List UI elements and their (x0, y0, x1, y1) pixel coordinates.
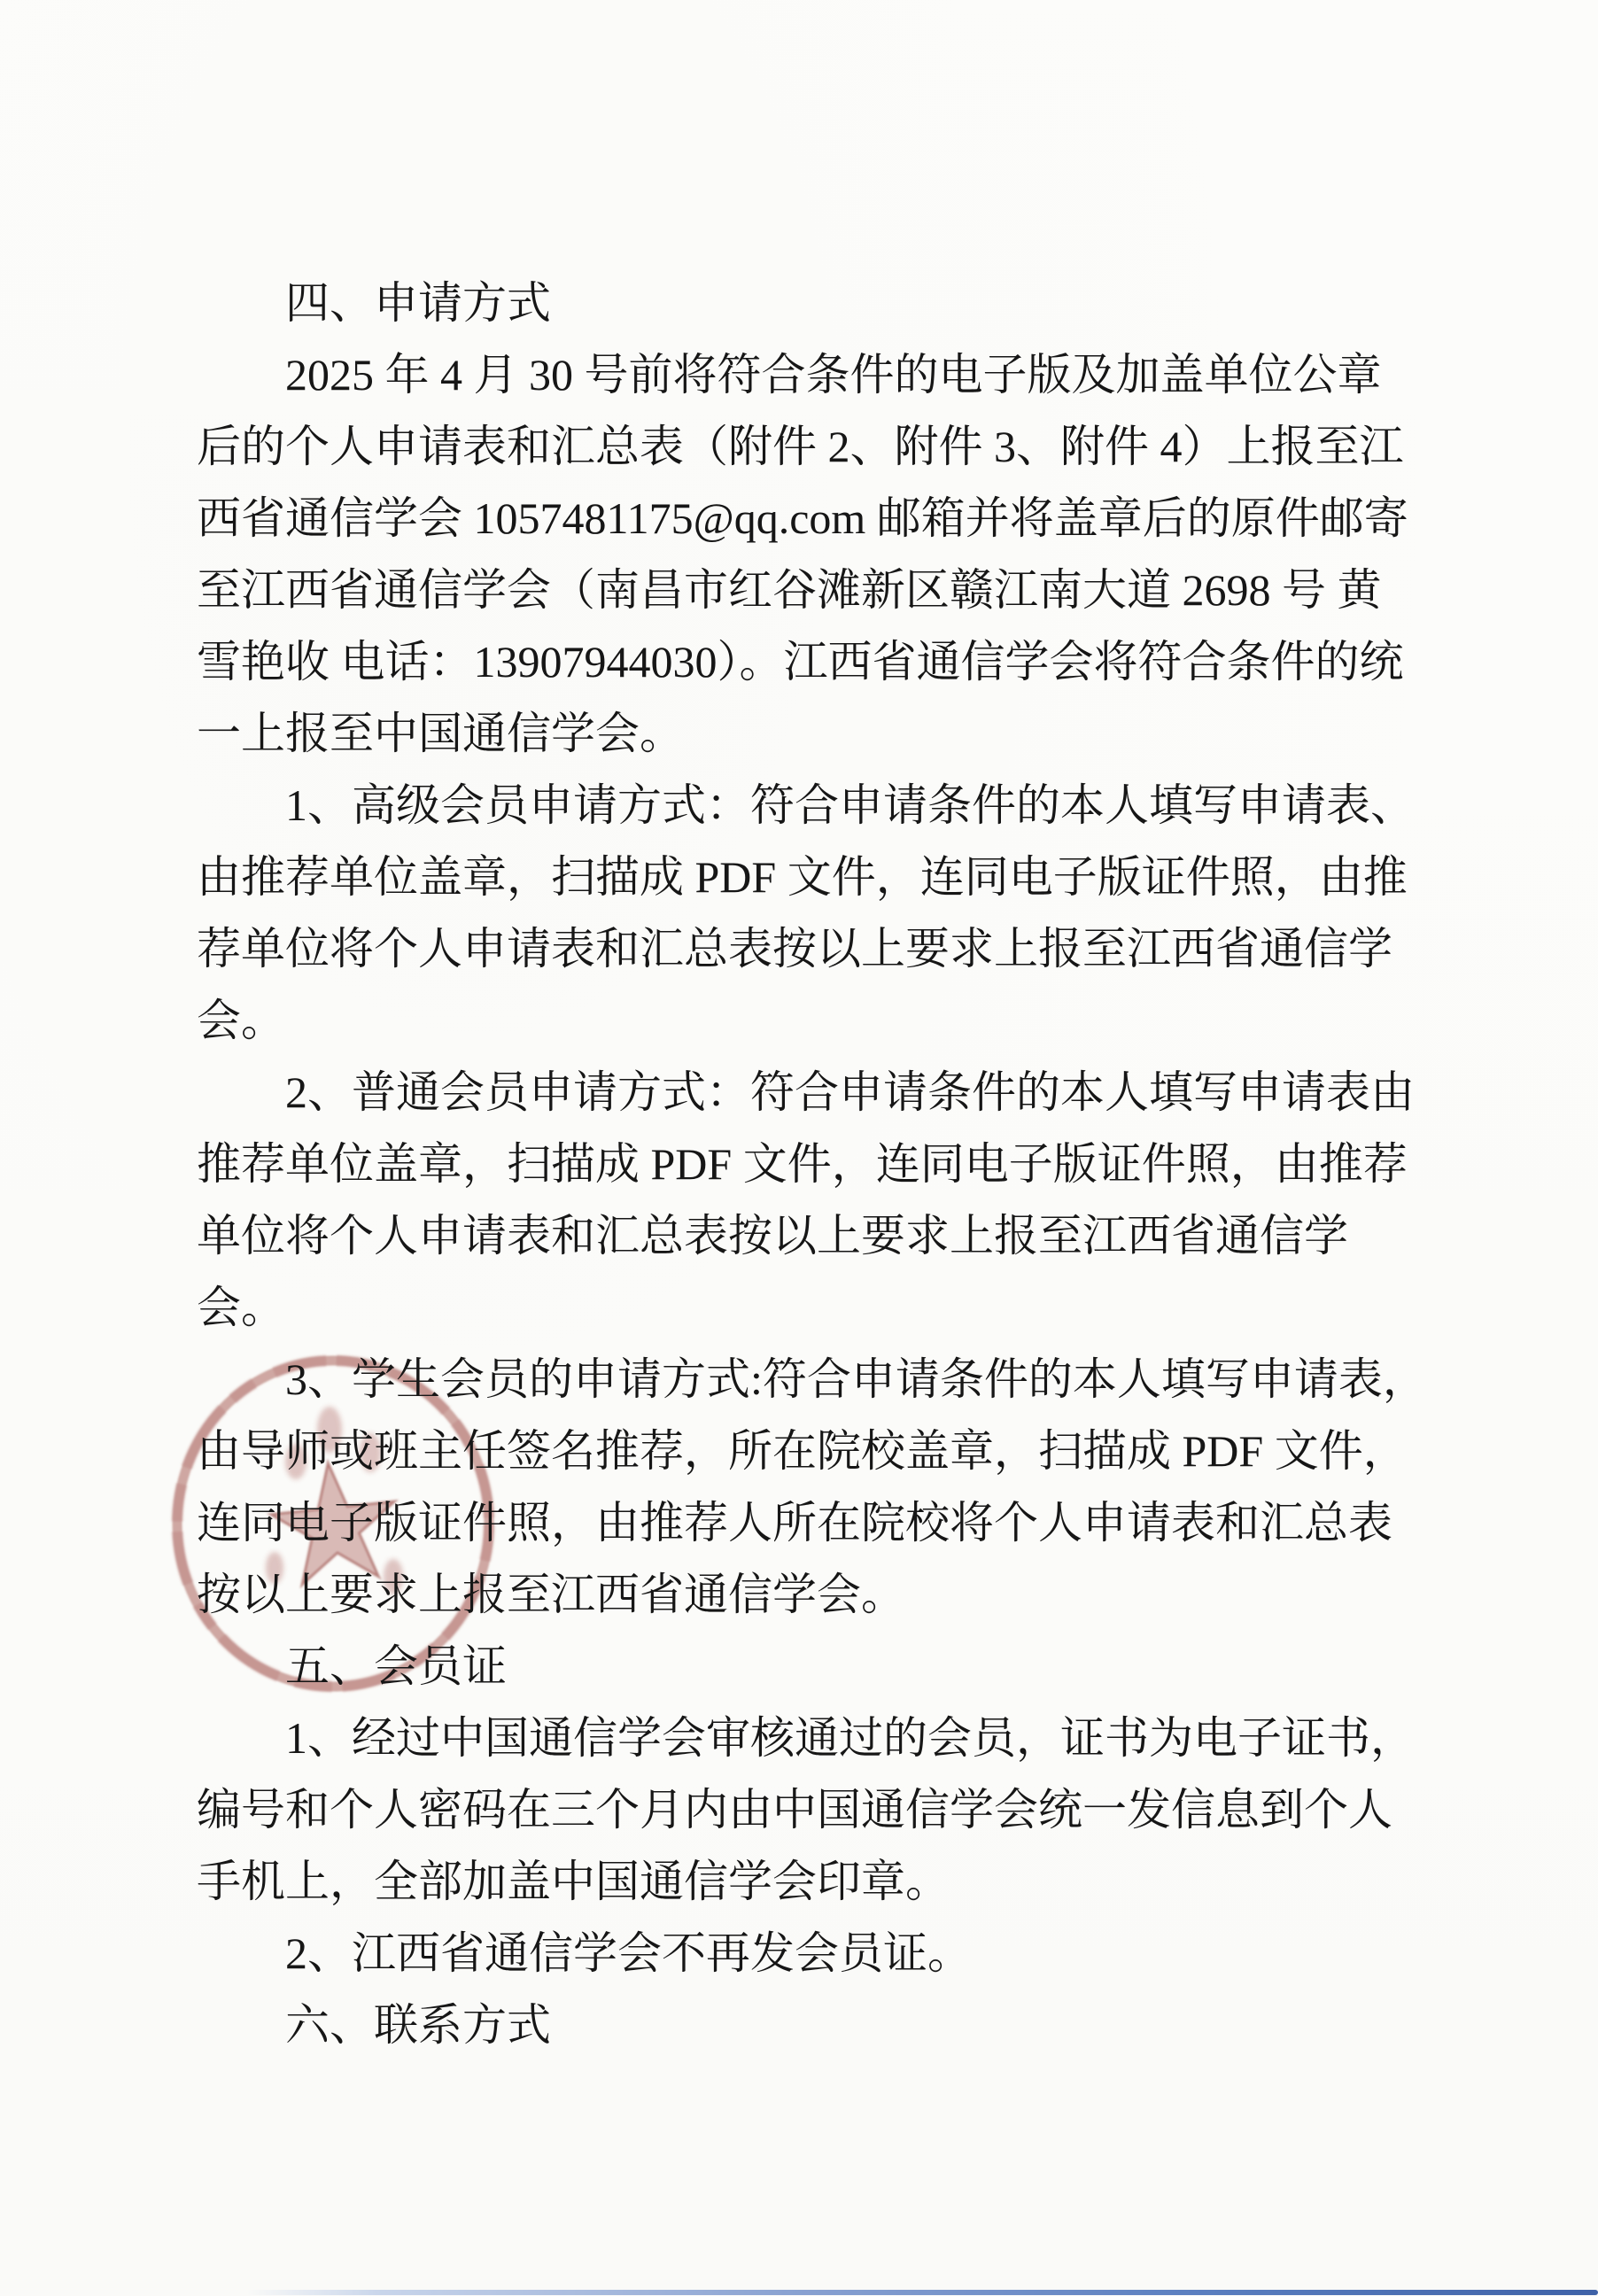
heading-section-six: 六、联系方式 (197, 1990, 1408, 2061)
text-line: 由导师或班主任签名推荐，所在院校盖章，扫描成 PDF 文件， (197, 1416, 1408, 1487)
scan-edge-artifact (246, 2290, 1598, 2295)
document-body-text: 四、申请方式 2025 年 4 月 30 号前将符合条件的电子版及加盖单位公章 … (197, 268, 1408, 2061)
text-line: 一上报至中国通信学会。 (197, 698, 1408, 770)
text-line: 后的个人申请表和汇总表（附件 2、附件 3、附件 4）上报至江 (197, 411, 1408, 483)
text-line: 按以上要求上报至江西省通信学会。 (197, 1559, 1408, 1631)
text-line: 雪艳收 电话：13907944030）。江西省通信学会将符合条件的统 (197, 626, 1408, 698)
text-line: 单位将个人申请表和汇总表按以上要求上报至江西省通信学 (197, 1200, 1408, 1272)
heading-section-four: 四、申请方式 (197, 268, 1408, 339)
text-line: 会。 (197, 1272, 1408, 1344)
text-line: 会。 (197, 985, 1408, 1057)
text-line: 1、经过中国通信学会审核通过的会员，证书为电子证书， (197, 1703, 1408, 1774)
text-line: 2025 年 4 月 30 号前将符合条件的电子版及加盖单位公章 (197, 339, 1408, 411)
text-line: 3、学生会员的申请方式:符合申请条件的本人填写申请表， (197, 1344, 1408, 1416)
heading-section-five: 五、会员证 (197, 1631, 1408, 1703)
text-line: 连同电子版证件照，由推荐人所在院校将个人申请表和汇总表 (197, 1487, 1408, 1559)
text-line: 2、普通会员申请方式：符合申请条件的本人填写申请表由 (197, 1057, 1408, 1129)
text-line: 至江西省通信学会（南昌市红谷滩新区赣江南大道 2698 号 黄 (197, 555, 1408, 626)
text-line: 推荐单位盖章，扫描成 PDF 文件，连同电子版证件照，由推荐 (197, 1129, 1408, 1200)
text-line: 手机上，全部加盖中国通信学会印章。 (197, 1846, 1408, 1918)
scanned-document-page: 四、申请方式 2025 年 4 月 30 号前将符合条件的电子版及加盖单位公章 … (0, 0, 1598, 2296)
text-line: 西省通信学会 1057481175@qq.com 邮箱并将盖章后的原件邮寄 (197, 483, 1408, 555)
text-line: 由推荐单位盖章，扫描成 PDF 文件，连同电子版证件照，由推 (197, 842, 1408, 913)
text-line: 荐单位将个人申请表和汇总表按以上要求上报至江西省通信学 (197, 913, 1408, 985)
text-line: 1、高级会员申请方式：符合申请条件的本人填写申请表、 (197, 770, 1408, 842)
text-line: 编号和个人密码在三个月内由中国通信学会统一发信息到个人 (197, 1774, 1408, 1846)
text-line: 2、江西省通信学会不再发会员证。 (197, 1918, 1408, 1990)
